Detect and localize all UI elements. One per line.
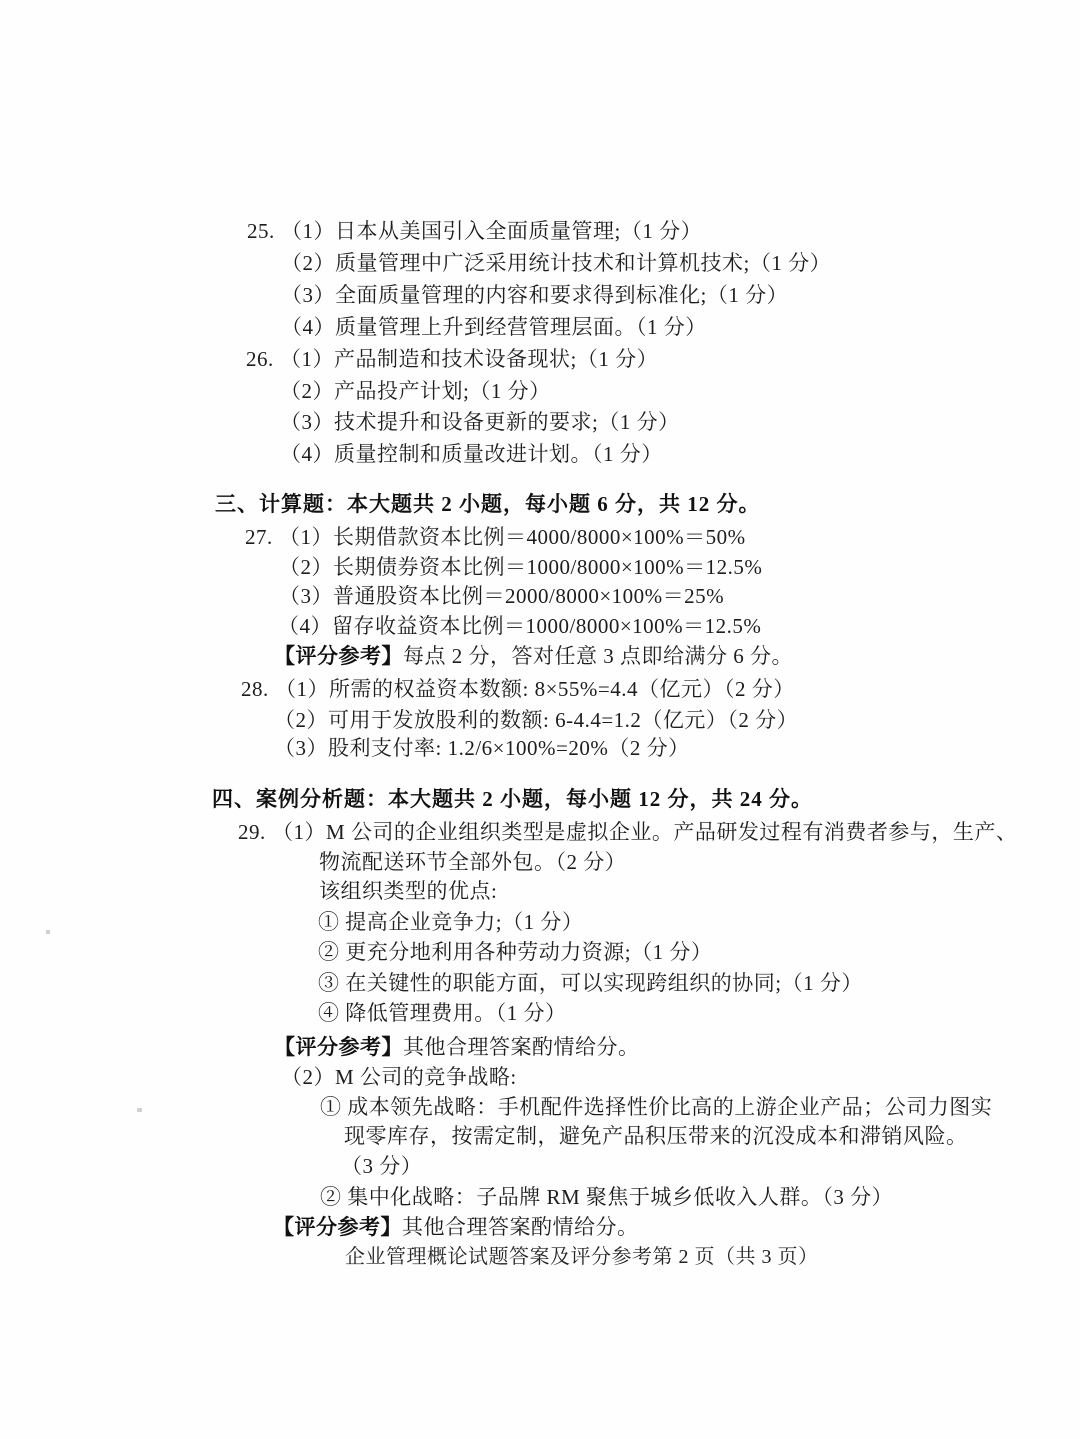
answer-text: （1）M 公司的企业组织类型是虚拟企业。产品研发过程有消费者参与，生产、 [272, 820, 1017, 844]
answer-line-q28-2: （2）可用于发放股利的数额: 6-4.4=1.2（亿元）（2 分） [274, 710, 798, 731]
strategy-item-1-line2: 现零库存，按需定制，避免产品积压带来的沉没成本和滞销风险。 [344, 1126, 968, 1147]
advantage-item-3: ③ 在关键性的职能方面，可以实现跨组织的协同;（1 分） [318, 973, 863, 994]
question-number-28: 28. [241, 679, 275, 700]
question-number-26: 26. [246, 349, 280, 370]
answer-line-q28-1: 28.（1）所需的权益资本数额: 8×55%=4.4（亿元）（2 分） [241, 679, 795, 700]
answer-text: （1）长期借款资本比例＝4000/8000×100%＝50% [279, 525, 746, 549]
answer-line-q25-4: （4）质量管理上升到经营管理层面。（1 分） [281, 317, 707, 338]
question-number-25: 25. [247, 221, 281, 242]
scoring-reference-label: 【评分参考】 [273, 1215, 402, 1239]
scan-speck [46, 930, 50, 934]
answer-line-q26-2: （2）产品投产计划;（1 分） [280, 381, 551, 402]
question-number-29: 29. [238, 822, 272, 843]
answer-line-q25-2: （2）质量管理中广泛采用统计技术和计算机技术;（1 分） [281, 253, 831, 274]
advantage-item-1: ① 提高企业竞争力;（1 分） [318, 912, 583, 933]
scoring-reference-q27: 【评分参考】每点 2 分，答对任意 3 点即给满分 6 分。 [274, 646, 793, 667]
question-number-27: 27. [245, 527, 279, 548]
answer-line-q26-3: （3）技术提升和设备更新的要求;（1 分） [280, 412, 680, 433]
answer-text: （1）日本从美国引入全面质量管理;（1 分） [281, 219, 702, 243]
answer-line-q29-part1-cont: 物流配送环节全部外包。（2 分） [319, 852, 626, 873]
scoring-reference-label: 【评分参考】 [274, 1035, 403, 1059]
answer-line-q26-4: （4）质量控制和质量改进计划。（1 分） [280, 444, 663, 465]
answer-line-q28-3: （3）股利支付率: 1.2/6×100%=20%（2 分） [274, 738, 690, 759]
section-heading-case-analysis: 四、案例分析题：本大题共 2 小题，每小题 12 分，共 24 分。 [212, 789, 813, 810]
answer-line-q29-part1: 29.（1）M 公司的企业组织类型是虚拟企业。产品研发过程有消费者参与，生产、 [238, 822, 1017, 843]
scoring-reference-note: 其他合理答案酌情给分。 [402, 1215, 639, 1239]
answer-line-q29-part2: （2）M 公司的竞争战略: [281, 1067, 517, 1088]
answer-line-q27-1: 27.（1）长期借款资本比例＝4000/8000×100%＝50% [245, 527, 746, 548]
strategy-item-1-line3: （3 分） [341, 1156, 422, 1177]
page-footer: 企业管理概论试题答案及评分参考第 2 页（共 3 页） [345, 1247, 819, 1267]
answer-line-q27-2: （2）长期债券资本比例＝1000/8000×100%＝12.5% [279, 557, 762, 578]
answer-line-q25-1: 25.（1）日本从美国引入全面质量管理;（1 分） [247, 221, 702, 242]
scanned-answer-sheet-page: 25.（1）日本从美国引入全面质量管理;（1 分） （2）质量管理中广泛采用统计… [0, 0, 1080, 1439]
scan-speck [137, 1108, 142, 1112]
scoring-reference-q29-2: 【评分参考】其他合理答案酌情给分。 [273, 1217, 639, 1238]
strategy-item-1-line1: ① 成本领先战略：手机配件选择性价比高的上游企业产品；公司力图实 [320, 1097, 992, 1118]
section-heading-calculation: 三、计算题：本大题共 2 小题，每小题 6 分，共 12 分。 [215, 494, 761, 515]
answer-text: （1）产品制造和技术设备现状;（1 分） [280, 347, 658, 371]
scoring-reference-note: 每点 2 分，答对任意 3 点即给满分 6 分。 [403, 644, 793, 668]
advantage-item-2: ② 更充分地利用各种劳动力资源;（1 分） [318, 942, 712, 963]
scoring-reference-label: 【评分参考】 [274, 644, 403, 668]
strategy-item-2: ② 集中化战略：子品牌 RM 聚焦于城乡低收入人群。（3 分） [320, 1187, 893, 1208]
advantage-item-4: ④ 降低管理费用。（1 分） [318, 1003, 567, 1024]
answer-line-q27-3: （3）普通股资本比例＝2000/8000×100%＝25% [279, 586, 724, 607]
scoring-reference-q29-1: 【评分参考】其他合理答案酌情给分。 [274, 1037, 640, 1058]
answer-line-q26-1: 26.（1）产品制造和技术设备现状;（1 分） [246, 349, 658, 370]
answer-line-q27-4: （4）留存收益资本比例＝1000/8000×100%＝12.5% [278, 616, 761, 637]
scoring-reference-note: 其他合理答案酌情给分。 [403, 1035, 640, 1059]
answer-line-q25-3: （3）全面质量管理的内容和要求得到标准化;（1 分） [281, 285, 788, 306]
answer-text: （1）所需的权益资本数额: 8×55%=4.4（亿元）（2 分） [275, 677, 795, 701]
advantages-intro-line: 该组织类型的优点: [319, 881, 497, 902]
